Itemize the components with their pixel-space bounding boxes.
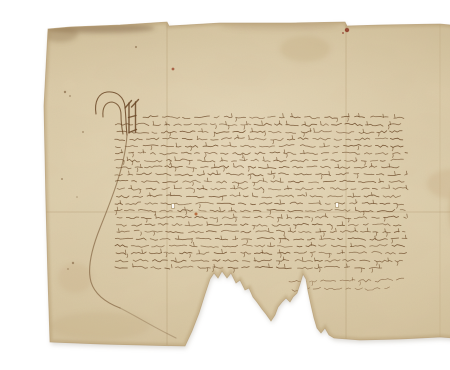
parchment-photo bbox=[40, 16, 450, 354]
parchment-grain bbox=[40, 16, 450, 354]
charter-photograph bbox=[40, 16, 450, 354]
